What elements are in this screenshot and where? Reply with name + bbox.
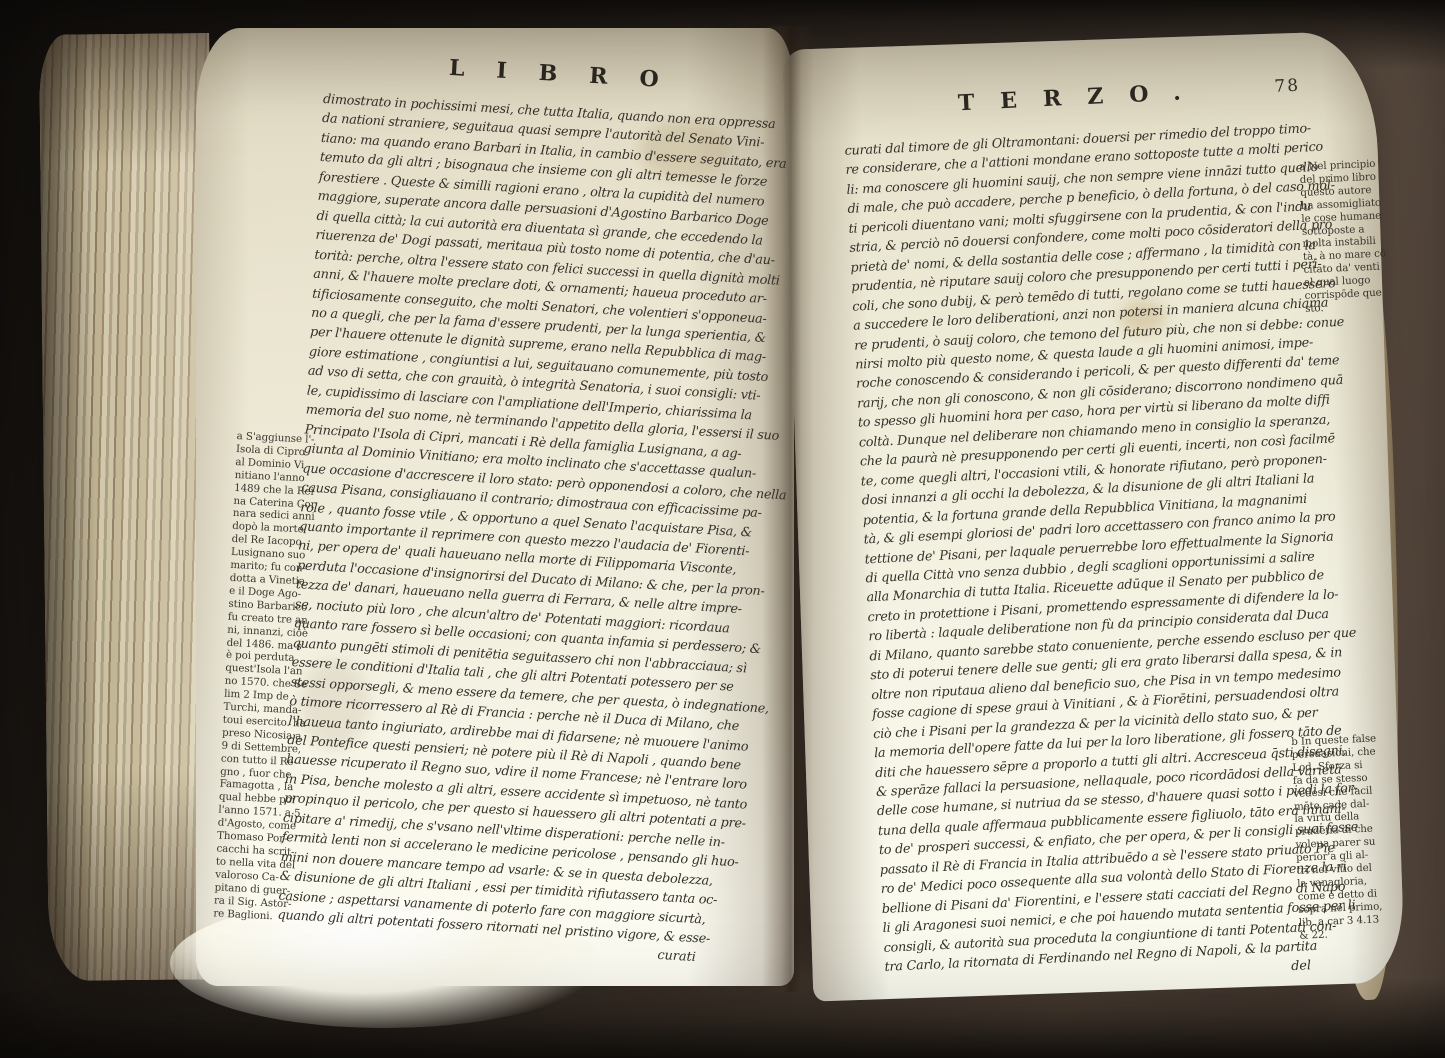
left-page-body-lines: dimostrato in pochissimi mesi, che tutta…	[277, 90, 781, 951]
right-page-body-lines: curati dal timore de gli Oltramontani: d…	[844, 120, 1338, 978]
left-page-text-block: LIBRO dimostrato in pochissimi mesi, che…	[276, 48, 783, 970]
page-number: 78	[1274, 76, 1301, 97]
open-book-photo: LIBRO dimostrato in pochissimi mesi, che…	[0, 0, 1445, 1058]
right-margin-note-b: b In queste falsepersuasioni, cheLod. Sf…	[1291, 732, 1396, 942]
right-margin-note-a: a Nel principiodel primo libroquesto aut…	[1299, 157, 1397, 316]
right-page-text-block: TERZO. 78 curati dal timore de gli Oltra…	[842, 74, 1340, 997]
fore-edge-page-stack	[39, 33, 219, 981]
fore-edge-shading	[39, 33, 219, 981]
